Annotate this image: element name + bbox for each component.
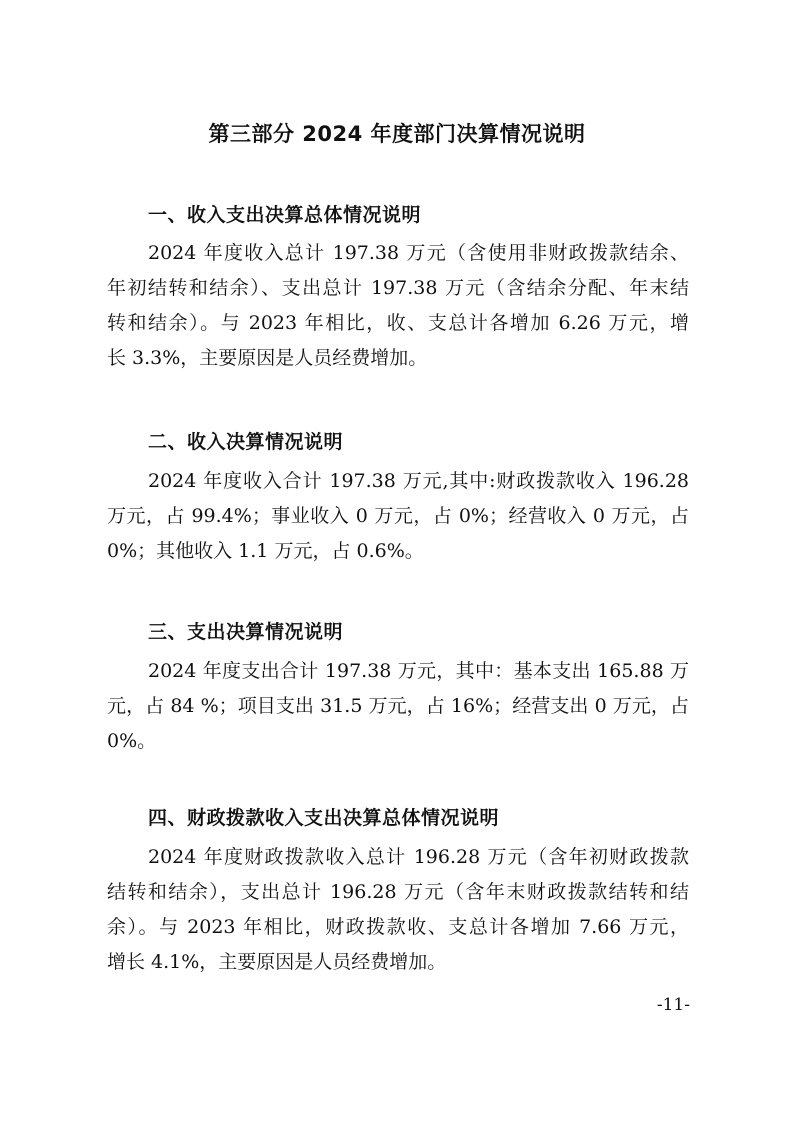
paragraph-line: 2024 年度支出合计 197.38 万元，其中：基本支出 165.88 万	[148, 656, 689, 683]
section-heading-fiscal-appropriation: 四、财政拨款收入支出决算总体情况说明	[148, 803, 499, 830]
paragraph-line: 万元，占 99.4%；事业收入 0 万元，占 0%；经营收入 0 万元，占	[107, 501, 689, 528]
paragraph-line: 2024 年度财政拨款收入总计 196.28 万元（含年初财政拨款	[148, 842, 689, 869]
paragraph-line: 年初结转和结余）、支出总计 197.38 万元（含结余分配、年末结	[107, 273, 689, 300]
paragraph-line: 长 3.3%，主要原因是人员经费增加。	[107, 343, 689, 370]
paragraph-line: 元，占 84 %；项目支出 31.5 万元，占 16%；经营支出 0 万元，占	[107, 691, 689, 718]
section-heading-expenditure: 三、支出决算情况说明	[148, 617, 343, 644]
document-page: 第三部分 2024 年度部门决算情况说明 一、收入支出决算总体情况说明 2024…	[0, 0, 794, 1122]
paragraph-line: 2024 年度收入总计 197.38 万元（含使用非财政拨款结余、	[148, 238, 689, 265]
paragraph-line: 余）。与 2023 年相比，财政拨款收、支总计各增加 7.66 万元，	[107, 912, 689, 939]
paragraph-line: 0%。	[107, 726, 689, 753]
paragraph-line: 结转和结余），支出总计 196.28 万元（含年末财政拨款结转和结	[107, 877, 689, 904]
paragraph-line: 增长 4.1%，主要原因是人员经费增加。	[107, 947, 689, 974]
section-heading-income-expenditure-overview: 一、收入支出决算总体情况说明	[148, 200, 421, 227]
paragraph-line: 0%；其他收入 1.1 万元，占 0.6%。	[107, 536, 689, 563]
paragraph-line: 2024 年度收入合计 197.38 万元,其中:财政拨款收入 196.28	[148, 466, 689, 493]
paragraph-line: 转和结余）。与 2023 年相比，收、支总计各增加 6.26 万元，增	[107, 308, 689, 335]
page-title: 第三部分 2024 年度部门决算情况说明	[0, 118, 794, 148]
section-heading-income: 二、收入决算情况说明	[148, 427, 343, 454]
page-number: -11-	[657, 995, 690, 1015]
